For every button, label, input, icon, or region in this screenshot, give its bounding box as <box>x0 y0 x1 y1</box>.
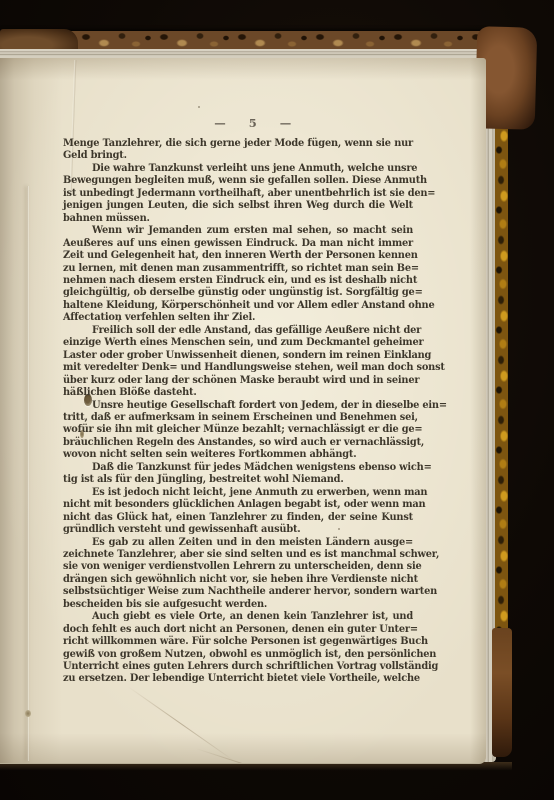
header-dash-left: — <box>214 116 226 130</box>
gutter-crease <box>27 186 29 761</box>
text-line: wovon nicht selten sein weiteres Fortkom… <box>63 449 413 461</box>
text-line: richt willkommen wäre. Für solche Person… <box>63 636 413 648</box>
text-line: doch fehlt es auch dort nicht an Persone… <box>63 624 413 636</box>
paragraph: Daß die Tanzkunst für jedes Mädchen weni… <box>63 462 413 487</box>
text-line: gewiß von großem Nutzen, obwohl es unmög… <box>63 649 413 661</box>
text-line: drängen sich gewöhnlich nicht vor, sie h… <box>63 574 413 586</box>
text-line: Unterricht eines guten Lehrers durch sch… <box>63 661 413 673</box>
paragraph: Menge Tanzlehrer, die sich gerne jeder M… <box>63 138 413 163</box>
text-line: nicht das Glück hat, einen Tanzlehrer zu… <box>63 512 413 524</box>
paragraph: Es ist jedoch nicht leicht, jene Anmuth … <box>63 487 413 537</box>
book-leather-edge-bottom-right <box>492 628 512 757</box>
text-line: Menge Tanzlehrer, die sich gerne jeder M… <box>63 138 413 150</box>
text-line: gründlich versteht und gewissenhaft ausü… <box>63 524 413 536</box>
text-line: nehmen nach diesem ersten Eindruck ein, … <box>63 275 413 287</box>
paper-speck <box>198 106 200 108</box>
text-line: zu lernen, mit denen man zusammentrifft,… <box>63 263 413 275</box>
text-line: tritt, daß er aufmerksam in seinem Ersch… <box>63 412 413 424</box>
text-line: gleichgültig, ob derselbe günstig oder u… <box>63 287 413 299</box>
page-number: 5 <box>249 116 258 130</box>
text-line: Es ist jedoch nicht leicht, jene Anmuth … <box>63 487 413 499</box>
paragraph: Freilich soll der edle Anstand, das gefä… <box>63 325 413 400</box>
text-line: Aeußeres auf uns einen gewissen Eindruck… <box>63 238 413 250</box>
page-header: — 5 — <box>63 116 443 130</box>
text-line: häßlichen Blöße dasteht. <box>63 387 413 399</box>
text-line: Auch giebt es viele Orte, an denen kein … <box>63 611 413 623</box>
photo-background: { "page": { "number": "5", "header_dash"… <box>0 0 554 800</box>
book-fore-edge-marble <box>495 112 508 634</box>
text-line: Geld bringt. <box>63 150 413 162</box>
text-line: sie von weniger verdienstvollen Lehrern … <box>63 561 413 573</box>
text-line: bahnen müssen. <box>63 213 413 225</box>
text-line: zeichnete Tanzlehrer, aber sie sind selt… <box>63 549 413 561</box>
text-line: mit veredelter Denk= und Handlungsweise … <box>63 362 413 374</box>
text-line: tig ist als für den Jüngling, bestreitet… <box>63 474 413 486</box>
text-line: Freilich soll der edle Anstand, das gefä… <box>63 325 413 337</box>
text-line: Bewegungen begleiten muß, wenn sie gefal… <box>63 175 413 187</box>
text-line: Zeit und Gelegenheit hat, den inneren We… <box>63 250 413 262</box>
sewing-hole <box>25 710 31 717</box>
text-line: Daß die Tanzkunst für jedes Mädchen weni… <box>63 462 413 474</box>
text-line: Affectation verfehlen selten ihr Ziel. <box>63 312 413 324</box>
text-block: Menge Tanzlehrer, die sich gerne jeder M… <box>63 138 413 686</box>
text-line: einzige Werth eines Menschen sein, und z… <box>63 337 413 349</box>
book-page: — 5 — Menge Tanzlehrer, die sich gerne j… <box>0 58 486 764</box>
text-line: haltene Kleidung, Körperschönheit und vo… <box>63 300 413 312</box>
paragraph: Wenn wir Jemanden zum ersten mal sehen, … <box>63 225 413 325</box>
text-line: nicht mit besonders glücklichen Anlagen … <box>63 499 413 511</box>
text-line: Wenn wir Jemanden zum ersten mal sehen, … <box>63 225 413 237</box>
text-line: jenigen jungen Leuten, die sich selbst i… <box>63 200 413 212</box>
text-line: Laster oder grober Unwissenheit dienen, … <box>63 350 413 362</box>
text-line: bräuchlichen Regeln des Anstandes, so wi… <box>63 437 413 449</box>
paragraph: Es gab zu allen Zeiten und in den meiste… <box>63 537 413 612</box>
header-dash-right: — <box>280 116 292 130</box>
text-line: Unsre heutige Gesellschaft fordert von J… <box>63 400 413 412</box>
text-line: über kurz oder lang der schönen Maske be… <box>63 375 413 387</box>
text-line: Die wahre Tanzkunst verleiht uns jene An… <box>63 163 413 175</box>
text-line: Es gab zu allen Zeiten und in den meiste… <box>63 537 413 549</box>
paragraph: Unsre heutige Gesellschaft fordert von J… <box>63 400 413 462</box>
text-line: zu ersetzen. Der lebendige Unterricht bi… <box>63 673 413 685</box>
paragraph: Auch giebt es viele Orte, an denen kein … <box>63 611 413 686</box>
text-line: wofür sie ihn mit gleicher Münze bezahlt… <box>63 424 413 436</box>
text-line: ist unbedingt Jedermann vortheilhaft, ab… <box>63 188 413 200</box>
text-line: selbstsüchtiger Weise zum Nachtheile and… <box>63 586 413 598</box>
text-line: bescheiden bis sie aufgesucht werden. <box>63 599 413 611</box>
paragraph: Die wahre Tanzkunst verleiht uns jene An… <box>63 163 413 225</box>
paper-crease-bottom <box>127 686 234 761</box>
paper-crease-bottom-2 <box>196 748 301 764</box>
